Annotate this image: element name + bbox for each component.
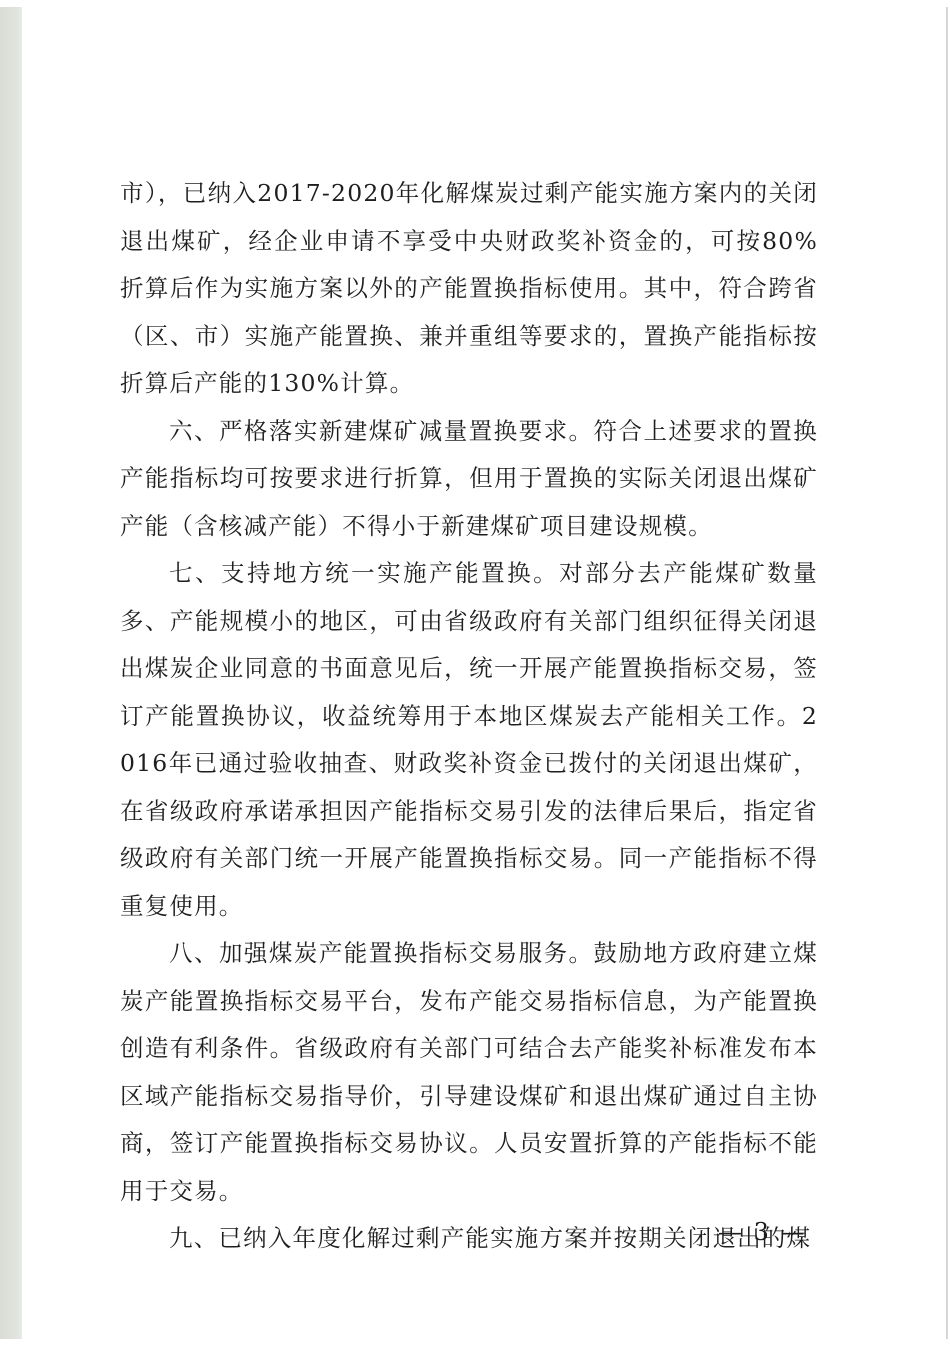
paragraph-item-6: 六、严格落实新建煤矿减量置换要求。符合上述要求的置换产能指标均可按要求进行折算，… [120,408,818,551]
paragraph-item-9: 九、已纳入年度化解过剩产能实施方案并按期关闭退出的煤 [120,1215,818,1263]
document-body: 市），已纳入2017-2020年化解煤炭过剩产能实施方案内的关闭退出煤矿，经企业… [120,170,818,1263]
page-number: — 3 — [718,1216,807,1248]
paragraph-item-8: 八、加强煤炭产能置换指标交易服务。鼓励地方政府建立煤炭产能置换指标交易平台，发布… [120,930,818,1215]
scan-edge-shadow-left [0,7,22,1339]
scan-edge-line-right [946,7,948,1339]
paragraph-item-7: 七、支持地方统一实施产能置换。对部分去产能煤矿数量多、产能规模小的地区，可由省级… [120,550,818,930]
paragraph-continuation: 市），已纳入2017-2020年化解煤炭过剩产能实施方案内的关闭退出煤矿，经企业… [120,170,818,408]
